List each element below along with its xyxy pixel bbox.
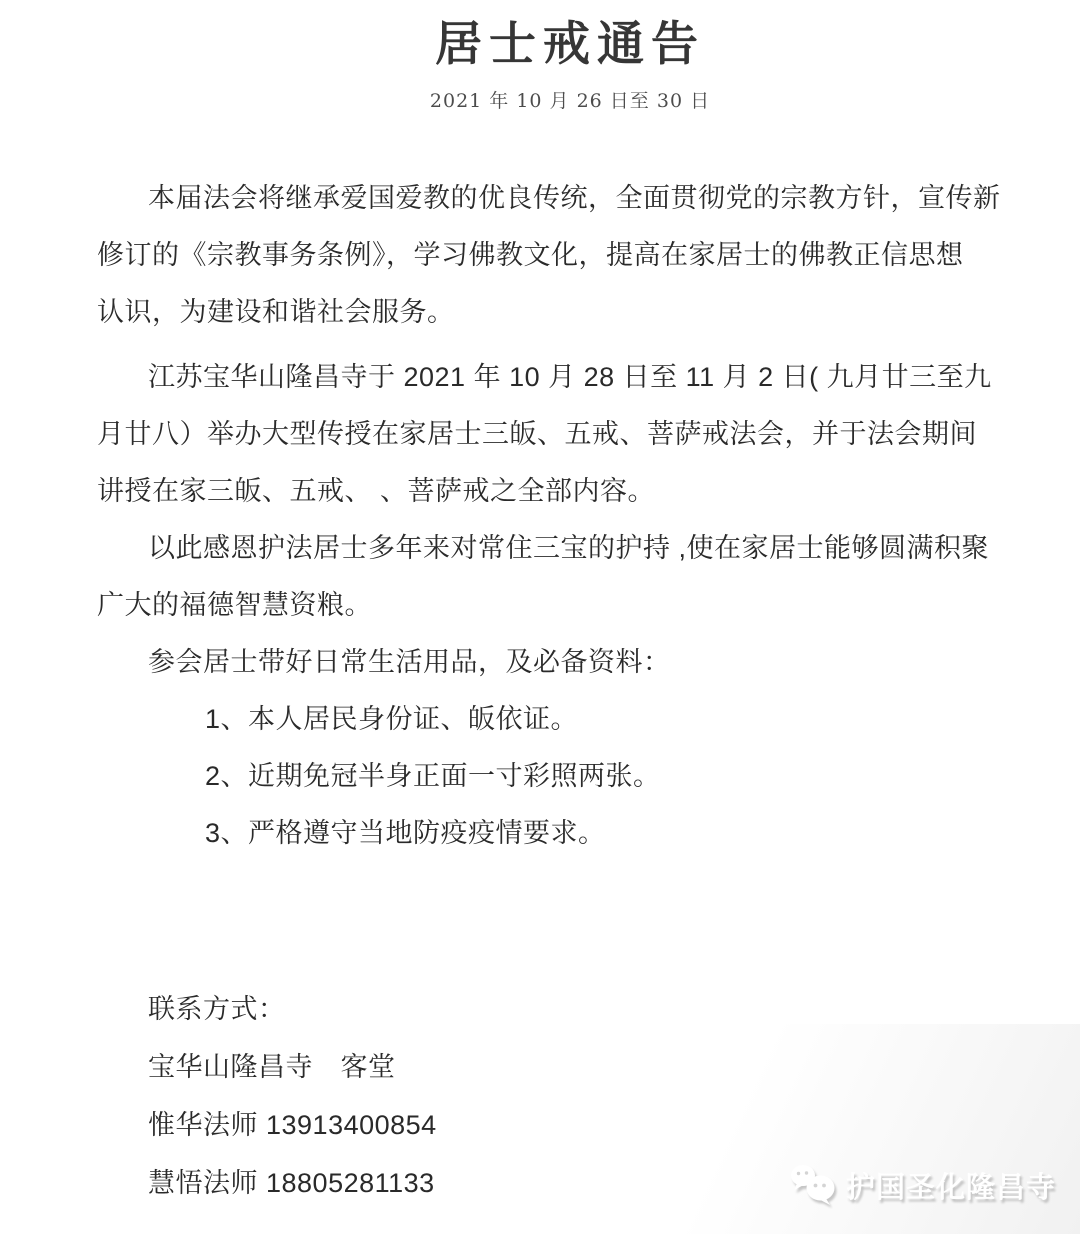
body-line: 修订的《宗教事务条例》，学习佛教文化，提高在家居士的佛教正信思想: [97, 227, 1000, 284]
body-line: 本届法会将继承爱国爱教的优良传统，全面贯彻党的宗教方针，宣传新: [97, 170, 1000, 227]
contact-line: 惟华法师 13913400854: [148, 1096, 1080, 1154]
body-line: 认识，为建设和谐社会服务。: [97, 284, 1000, 341]
watermark-text: 护国圣化隆昌寺: [846, 1165, 1056, 1206]
list-item: 3、严格遵守当地防疫疫情要求。: [205, 805, 1000, 862]
document-header: 居士戒通告 2021 年 10 月 26 日至 30 日: [0, 0, 1080, 114]
notice-document: 居士戒通告 2021 年 10 月 26 日至 30 日 本届法会将继承爱国爱教…: [0, 0, 1080, 1234]
contact-line: 宝华山隆昌寺 客堂: [148, 1038, 1080, 1096]
body-line: 以此感恩护法居士多年来对常住三宝的护持 ,使在家居士能够圆满积聚: [97, 520, 1000, 577]
body-line: 江苏宝华山隆昌寺于 2021 年 10 月 28 日至 11 月 2 日( 九月…: [97, 349, 1000, 406]
wechat-watermark: 护国圣化隆昌寺: [790, 1164, 1056, 1206]
page-title: 居士戒通告: [60, 14, 1080, 76]
body-line: 月廿八）举办大型传授在家居士三皈、五戒、菩萨戒法会，并于法会期间: [97, 406, 1000, 463]
list-item: 1、本人居民身份证、皈依证。: [205, 691, 1000, 748]
contact-heading: 联系方式：: [148, 980, 1080, 1038]
list-item: 2、近期免冠半身正面一寸彩照两张。: [205, 748, 1000, 805]
notice-body: 本届法会将继承爱国爱教的优良传统，全面贯彻党的宗教方针，宣传新 修订的《宗教事务…: [0, 170, 1080, 862]
body-line: 参会居士带好日常生活用品，及必备资料：: [97, 634, 1000, 691]
body-line: 讲授在家三皈、五戒、 、菩萨戒之全部内容。: [97, 463, 1000, 520]
date-range: 2021 年 10 月 26 日至 30 日: [60, 88, 1080, 114]
body-line: 广大的福德智慧资粮。: [97, 577, 1000, 634]
wechat-icon: [790, 1164, 836, 1206]
